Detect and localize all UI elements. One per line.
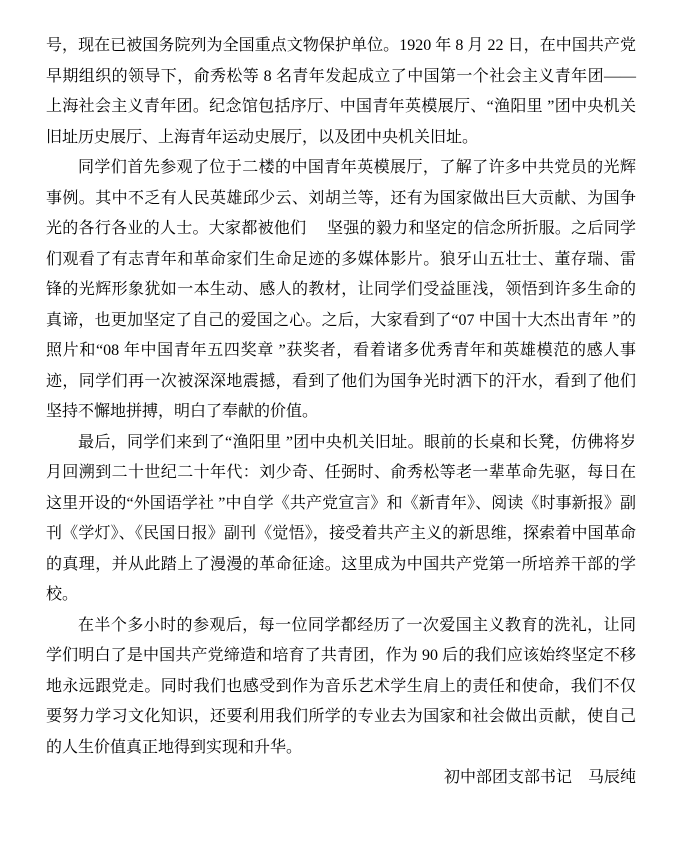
signature-line: 初中部团支部书记 马辰纯 [46, 763, 636, 794]
body-paragraph-1: 号，现在已被国务院列为全国重点文物保护单位。1920 年 8 月 22 日，在中… [46, 31, 636, 153]
body-paragraph-3: 最后，同学们来到了“渔阳里 ”团中央机关旧址。眼前的长桌和长凳，仿佛将岁月回溯到… [46, 428, 636, 611]
document-page: 号，现在已被国务院列为全国重点文物保护单位。1920 年 8 月 22 日，在中… [0, 0, 682, 857]
body-paragraph-2: 同学们首先参观了位于二楼的中国青年英模展厅，了解了许多中共党员的光辉事例。其中不… [46, 153, 636, 428]
body-paragraph-4: 在半个多小时的参观后，每一位同学都经历了一次爱国主义教育的洗礼，让同学们明白了是… [46, 611, 636, 764]
